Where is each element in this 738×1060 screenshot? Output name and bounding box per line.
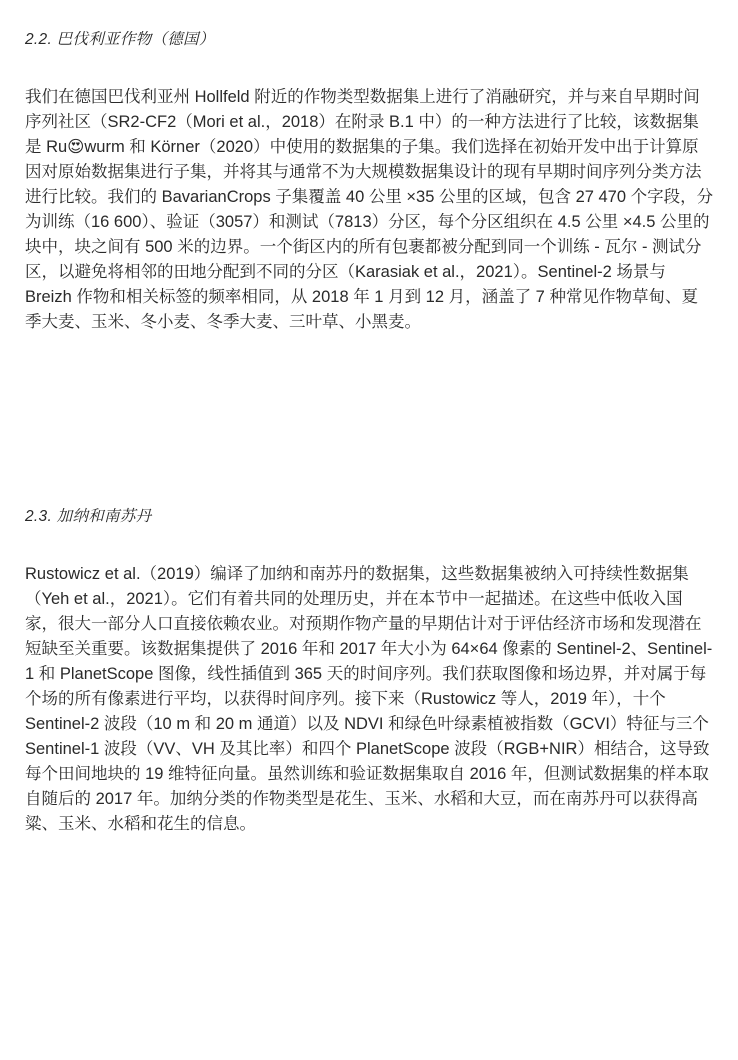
paragraph-ghana-south-sudan: Rustowicz et al.（2019）编译了加纳和南苏丹的数据集，这些数据… bbox=[25, 562, 714, 837]
section-heading-bavarian-crops: 2.2. 巴伐利亚作物（德国） bbox=[25, 30, 714, 50]
section-bavarian-crops-germany: 2.2. 巴伐利亚作物（德国） 我们在德国巴伐利亚州 Hollfeld 附近的作… bbox=[25, 30, 714, 335]
section-heading-ghana-south-sudan: 2.3. 加纳和南苏丹 bbox=[25, 507, 714, 527]
document-page: 2.2. 巴伐利亚作物（德国） 我们在德国巴伐利亚州 Hollfeld 附近的作… bbox=[0, 0, 738, 837]
paragraph-bavarian-crops: 我们在德国巴伐利亚州 Hollfeld 附近的作物类型数据集上进行了消融研究，并… bbox=[25, 85, 714, 335]
section-ghana-south-sudan: 2.3. 加纳和南苏丹 Rustowicz et al.（2019）编译了加纳和… bbox=[25, 507, 714, 837]
